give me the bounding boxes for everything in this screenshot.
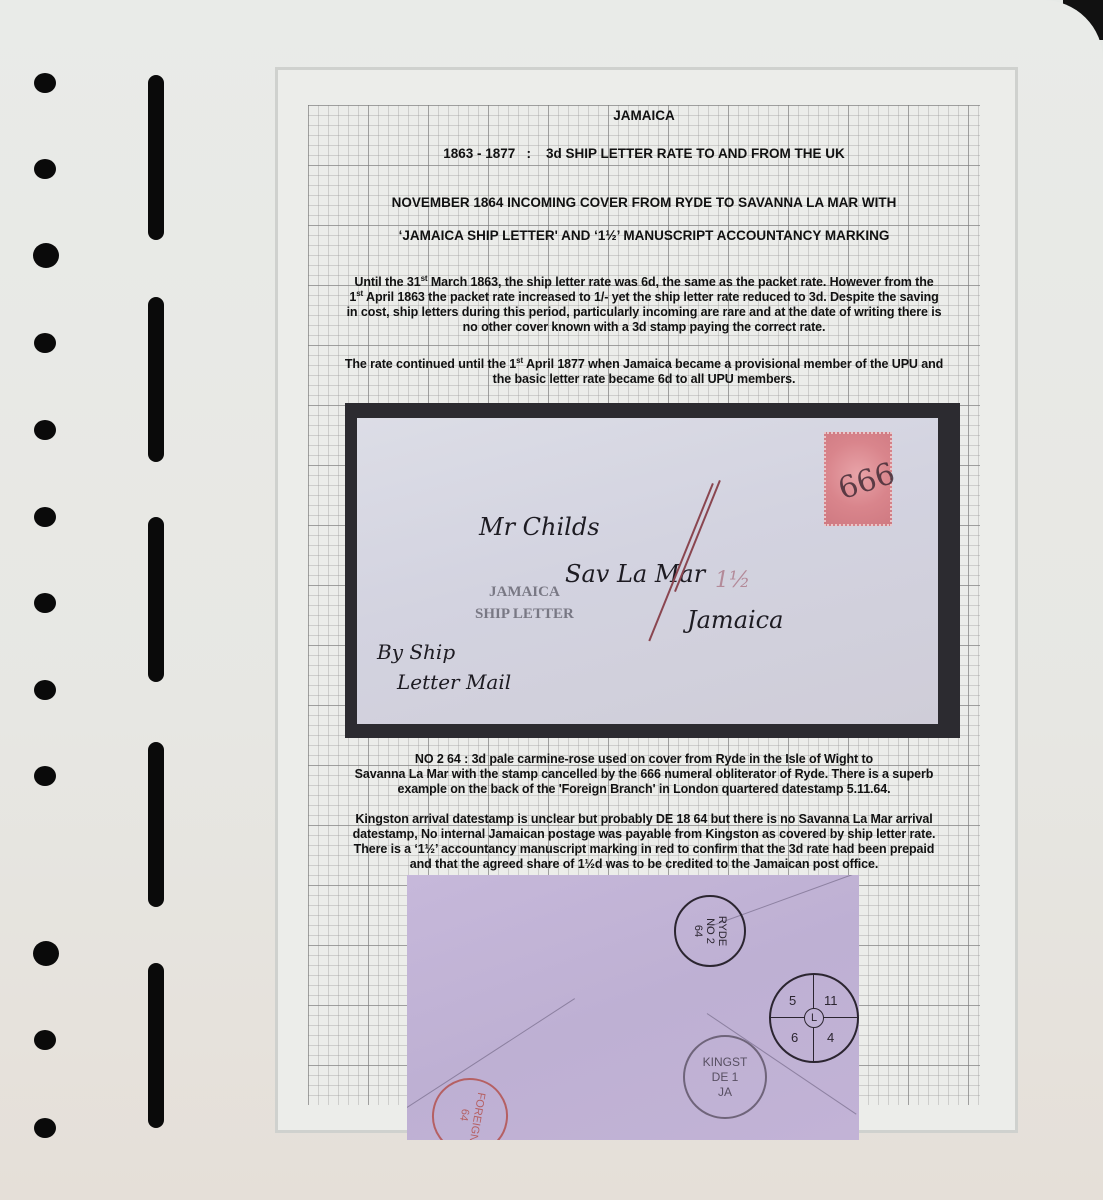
accountancy-marking-fraction: 1½: [715, 568, 750, 593]
address-line: Jamaica: [687, 606, 783, 634]
exhibit-heading-line2: ‘JAMAICA SHIP LETTER' AND ‘1½’ MANUSCRIP…: [310, 228, 978, 243]
binder-hole: [34, 420, 56, 440]
cover-caption: NO 2 64 : 3d pale carmine-rose used on c…: [310, 752, 978, 797]
intro-paragraph: Until the 31st March 1863, the ship lett…: [310, 275, 978, 335]
ryde-datestamp: RYDE NO 2 64: [674, 895, 746, 967]
binder-hole: [34, 680, 56, 700]
jamaica-ship-letter-handstamp: JAMAICA SHIP LETTER: [475, 581, 574, 625]
binder-slot: [148, 963, 164, 1128]
exhibit-heading-line1: NOVEMBER 1864 INCOMING COVER FROM RYDE T…: [310, 195, 978, 210]
address-line: Mr Childs: [479, 513, 600, 541]
binder-hole: [33, 941, 59, 966]
binder-hole: [34, 333, 56, 353]
binder-hole: [34, 1118, 56, 1138]
endorsement-line: Letter Mail: [397, 670, 511, 694]
red-transit-datestamp: FOREIGN 64: [426, 1072, 514, 1140]
album-page: JAMAICA 1863 - 1877 : 3d SHIP LETTER RAT…: [0, 0, 1103, 1200]
binder-hole: [34, 159, 56, 179]
binder-hole: [34, 593, 56, 613]
kingston-arrival-datestamp: KINGST DE 1 JA: [683, 1035, 767, 1119]
binder-slot: [148, 517, 164, 682]
binder-hole: [34, 73, 56, 93]
binder-slot: [148, 297, 164, 462]
numeral-obliterator: 666: [834, 456, 899, 507]
cover-front-image: 666 Mr Childs Sav La Mar Jamaica By Ship…: [357, 418, 938, 724]
arrival-paragraph: Kingston arrival datestamp is unclear bu…: [310, 812, 978, 872]
binder-hole: [33, 243, 59, 268]
london-foreign-branch-quartered-datestamp: L 5 11 6 4: [769, 973, 859, 1063]
binder-slot: [148, 75, 164, 240]
binder-hole: [34, 766, 56, 786]
binder-slot: [148, 742, 164, 907]
binder-hole: [34, 507, 56, 527]
page-subtitle: 1863 - 1877 : 3d SHIP LETTER RATE TO AND…: [310, 146, 978, 161]
cover-back-image: RYDE NO 2 64 L 5 11 6 4 KINGST DE 1 JA F…: [407, 875, 859, 1140]
rate-paragraph: The rate continued until the 1st April 1…: [310, 357, 978, 387]
stamp-3d-carmine-rose: 666: [824, 432, 892, 526]
endorsement-line: By Ship: [377, 640, 455, 664]
binder-hole: [34, 1030, 56, 1050]
page-title: JAMAICA: [310, 108, 978, 123]
